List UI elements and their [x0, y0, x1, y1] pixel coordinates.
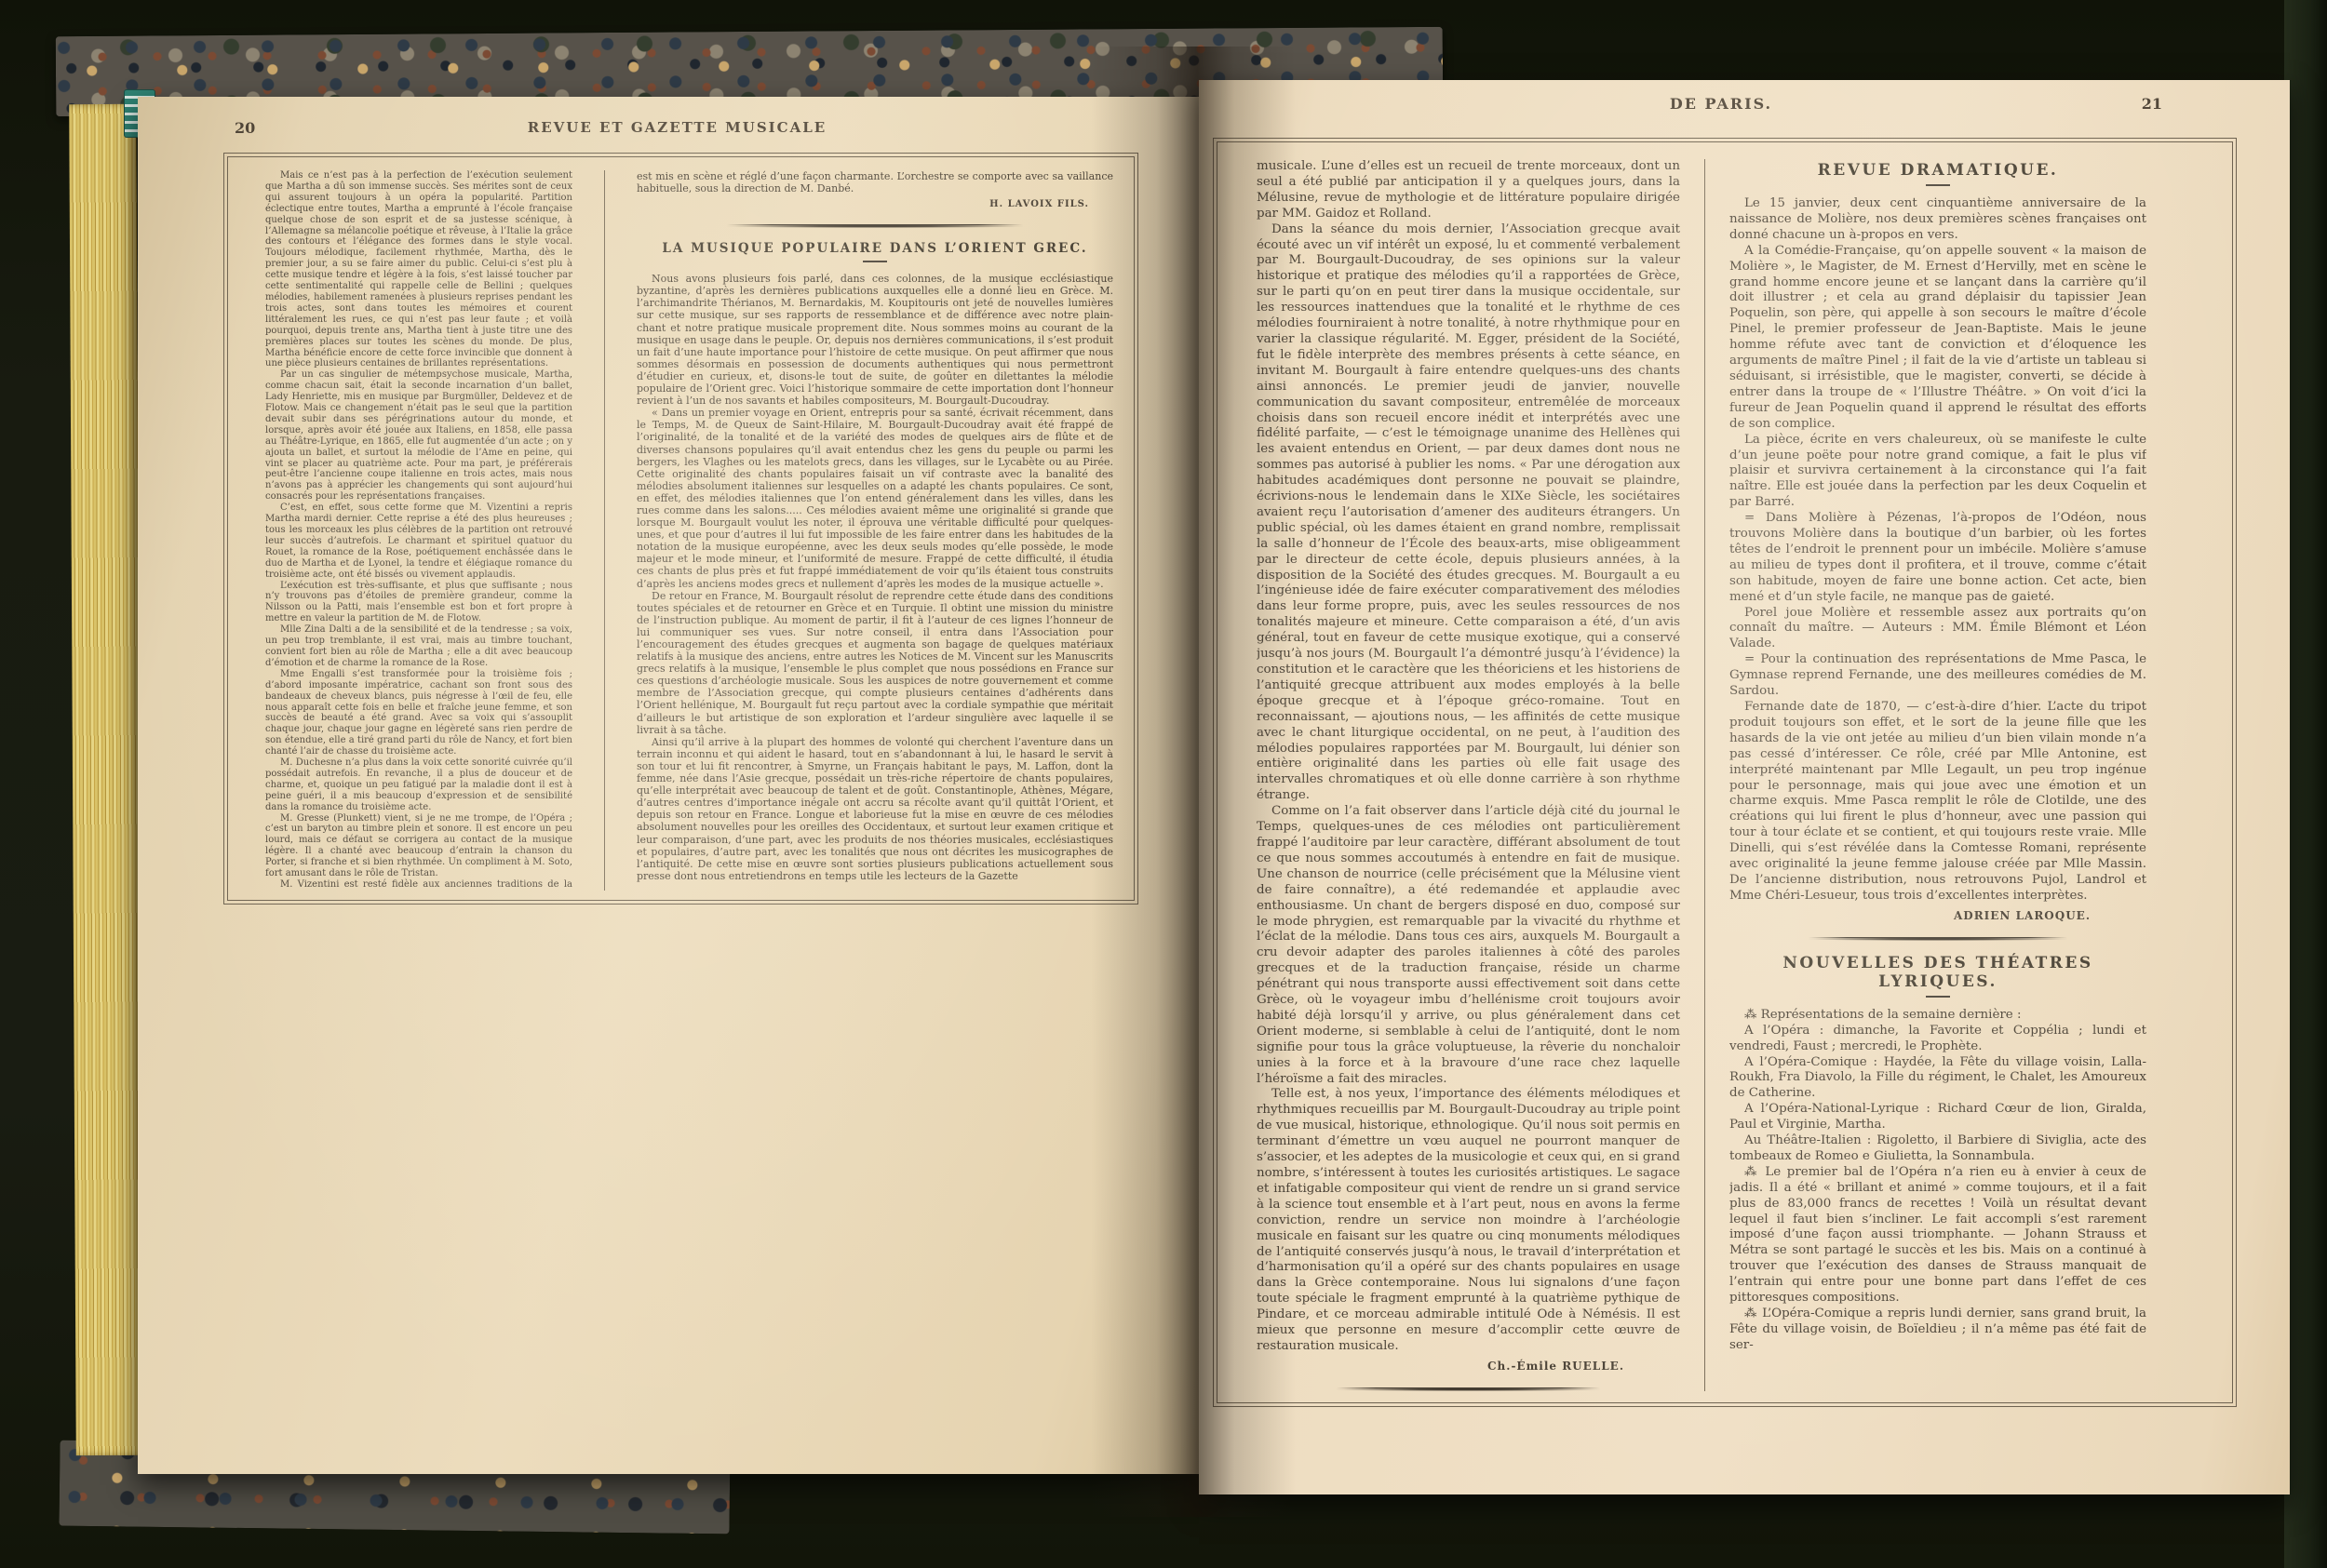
running-head-left: 20 REVUE ET GAZETTE MUSICALE — [223, 119, 1131, 136]
paragraph: Mme Engalli s’est transformée pour la tr… — [265, 669, 572, 757]
listing-line: A l’Opéra-National-Lyrique : Richard Cœu… — [1729, 1102, 2146, 1133]
column-right-2: REVUE DRAMATIQUE. Le 15 janvier, deux ce… — [1729, 159, 2146, 1391]
paragraph: De retour en France, M. Bourgault résolu… — [637, 590, 1113, 736]
section-title: NOUVELLES DES THÉATRES LYRIQUES. — [1729, 954, 2146, 991]
column-rule-right — [1704, 159, 1705, 1391]
author-signature: ADRIEN LAROQUE. — [1729, 909, 2091, 922]
paragraph: La pièce, écrite en vers chaleureux, où … — [1729, 433, 2146, 512]
column-left-1: Mais ce n’est pas à la perfection de l’e… — [265, 170, 572, 891]
paragraph-continuation: musicale. L’une d’elles est un recueil d… — [1257, 159, 1680, 222]
listing-line: A l’Opéra-Comique : Haydée, la Fête du v… — [1729, 1055, 2146, 1103]
columns-left: Mais ce n’est pas à la perfection de l’e… — [228, 157, 1134, 900]
paragraph: Mlle Zina Dalti a de la sensibilité et d… — [265, 624, 572, 669]
author-signature: H. LAVOIX FILS. — [637, 199, 1089, 209]
section-dash — [863, 261, 887, 262]
paragraph: M. Gresse (Plunkett) vient, si je ne me … — [265, 813, 572, 879]
article-divider — [1337, 1387, 1599, 1391]
paragraph: = Dans Molière à Pézenas, l’à-propos de … — [1729, 511, 2146, 605]
columns-right: musicale. L’une d’elles est un recueil d… — [1217, 142, 2232, 1402]
text-frame-right: musicale. L’une d’elles est un recueil d… — [1213, 138, 2237, 1407]
paragraph: = Pour la continuation des représentatio… — [1729, 652, 2146, 700]
journal-page-21: DE PARIS. 21 musicale. L’une d’elles est… — [1199, 80, 2290, 1494]
article-divider — [727, 224, 1022, 228]
paragraph-continuation: est mis en scène et réglé d’une façon ch… — [637, 170, 1113, 194]
paragraph: L’exécution est très-suffisante, et plus… — [265, 581, 572, 625]
paragraph: Nous avons plusieurs fois parlé, dans ce… — [637, 273, 1113, 407]
page-number-right: 21 — [2142, 95, 2162, 113]
paragraph: Comme on l’a fait observer dans l’articl… — [1257, 804, 1680, 1087]
text-frame-inner-left: Mais ce n’est pas à la perfection de l’e… — [227, 156, 1135, 901]
paragraph: Le 15 janvier, deux cent cinquantième an… — [1729, 196, 2146, 244]
paragraph: Telle est, à nos yeux, l’importance des … — [1257, 1087, 1680, 1354]
column-right-1: musicale. L’une d’elles est un recueil d… — [1257, 159, 1680, 1391]
section-dash — [1926, 184, 1950, 186]
paragraph: A la Comédie-Française, qu’on appelle so… — [1729, 244, 2146, 433]
paragraph: M. Duchesne n’a plus dans la voix cette … — [265, 757, 572, 813]
paragraph: Ainsi qu’il arrive à la plupart des homm… — [637, 736, 1113, 882]
paragraph: Par un cas singulier de métempsychose mu… — [265, 369, 572, 503]
book-photo: 20 REVUE ET GAZETTE MUSICALE Mais ce n’e… — [0, 0, 2327, 1568]
text-frame-inner-right: musicale. L’une d’elles est un recueil d… — [1217, 141, 2233, 1403]
text-frame-left: Mais ce n’est pas à la perfection de l’e… — [223, 153, 1138, 905]
author-signature: Ch.-Émile RUELLE. — [1257, 1360, 1624, 1373]
journal-title-left: REVUE ET GAZETTE MUSICALE — [528, 119, 827, 136]
column-rule-left — [604, 170, 605, 891]
running-head-right: DE PARIS. 21 — [1213, 95, 2229, 113]
section-dash — [1926, 996, 1950, 998]
article-divider — [1809, 937, 2067, 941]
section-title: LA MUSIQUE POPULAIRE DANS L’ORIENT GREC. — [637, 241, 1113, 256]
paragraph: Fernande date de 1870, — c’est-à-dire d’… — [1729, 700, 2146, 905]
listing-line: A l’Opéra : dimanche, la Favorite et Cop… — [1729, 1024, 2146, 1055]
page-number-left: 20 — [235, 119, 255, 137]
paragraph: Dans la séance du mois dernier, l’Associ… — [1257, 222, 1680, 805]
journal-page-20: 20 REVUE ET GAZETTE MUSICALE Mais ce n’e… — [138, 97, 1199, 1474]
paragraph: ⁂ L’Opéra-Comique a repris lundi dernier… — [1729, 1307, 2146, 1354]
section-title: REVUE DRAMATIQUE. — [1729, 161, 2146, 180]
paragraph: Porel joue Molière et ressemble assez au… — [1729, 606, 2146, 653]
journal-title-right: DE PARIS. — [1670, 95, 1772, 113]
page-edges-stack — [69, 104, 143, 1455]
column-left-2: est mis en scène et réglé d’une façon ch… — [637, 170, 1113, 891]
listing-line: ⁂ Représentations de la semaine dernière… — [1729, 1008, 2146, 1024]
paragraph: M. Vizentini est resté fidèle aux ancien… — [265, 879, 572, 891]
paragraph: Mais ce n’est pas à la perfection de l’e… — [265, 170, 572, 369]
paragraph: « Dans un premier voyage en Orient, entr… — [637, 407, 1113, 589]
paragraph: ⁂ Le premier bal de l’Opéra n’a rien eu … — [1729, 1165, 2146, 1307]
paragraph: C’est, en effet, sous cette forme que M.… — [265, 503, 572, 580]
listing-line: Au Théâtre-Italien : Rigoletto, il Barbi… — [1729, 1133, 2146, 1165]
book-cover-right — [2284, 0, 2327, 1568]
